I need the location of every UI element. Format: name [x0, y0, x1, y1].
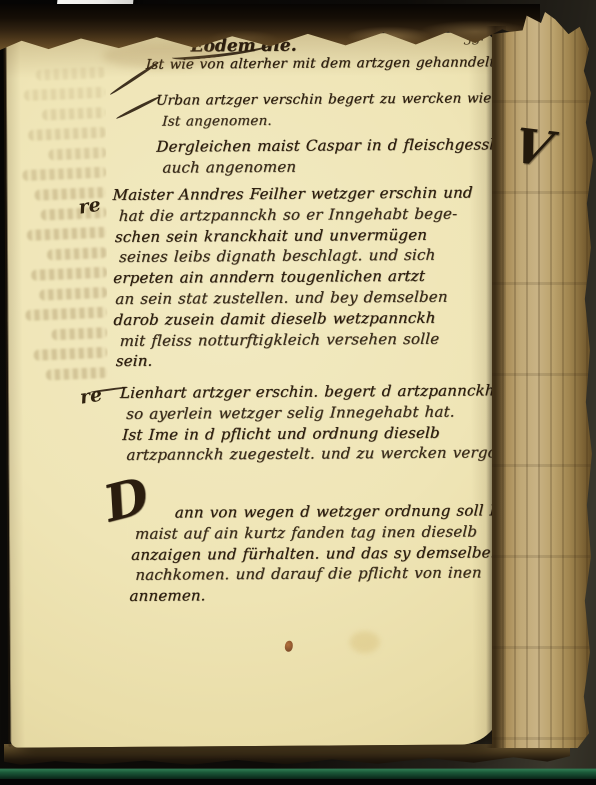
entry-3: Dergleichen maist Caspar in d fleischges… — [156, 134, 494, 178]
ink-flourish — [116, 96, 160, 120]
manuscript-line: Dergleichen maist Caspar in d fleischges… — [156, 134, 495, 157]
manuscript-line: ann von wegen d wetzger ordnung soll Bur… — [128, 500, 533, 524]
bleed-through-line — [42, 107, 106, 121]
bleed-through-line — [48, 147, 106, 160]
entry-4: Maister Anndres Feilher wetzger erschin … — [113, 182, 474, 372]
bleed-through-line — [34, 347, 108, 361]
book-fore-edge: V — [492, 12, 594, 748]
manuscript-line: sein. — [115, 349, 474, 372]
bleed-through-line — [22, 167, 106, 182]
bleed-through-line — [27, 227, 107, 241]
manuscript-line: so ayerlein wetzger selig Innegehabt hat… — [126, 401, 513, 425]
manuscript-line: annemen. — [129, 583, 534, 607]
manuscript-line: mit fleiss notturftigkleich versehen sol… — [119, 328, 474, 351]
bleed-through-line — [28, 127, 106, 141]
manuscript-line: artzpannckh zuegestelt. und zu wercken v… — [126, 443, 513, 467]
manuscript-line: auch angenomen — [162, 155, 495, 178]
manuscript-photo: 35· Eodem die. Ist wie von alterher mit … — [0, 0, 596, 785]
margin-mark: re — [77, 196, 102, 218]
bleed-through-line — [36, 67, 106, 81]
table-shadow — [0, 779, 596, 785]
manuscript-line: seines leibs dignath beschlagt. und sich — [119, 245, 474, 268]
bleed-through-line — [47, 247, 107, 261]
manuscript-line: Maister Anndres Feilher wetzger erschin … — [112, 182, 473, 205]
manuscript-line: erpeten ain anndern tougenlichen artzt — [113, 266, 474, 289]
manuscript-line: maist auf ain kurtz fanden tag inen dies… — [135, 521, 534, 545]
bleed-through-text — [12, 59, 110, 588]
paper-stain — [350, 631, 380, 653]
bleed-through-line — [51, 327, 107, 340]
entry-6: ann von wegen d wetzger ordnung soll Bur… — [129, 500, 534, 607]
entry-5: Lienhart artzger erschin. begert d artzp… — [120, 380, 513, 466]
bleed-through-line — [24, 87, 106, 101]
bleed-through-line — [25, 307, 107, 321]
green-table-strip — [0, 768, 596, 779]
manuscript-line: an sein stat zustellen. und bey demselbe… — [115, 286, 474, 309]
manuscript-line: darob zusein damit dieselb wetzpannckh — [113, 307, 474, 330]
ink-stain — [285, 641, 293, 652]
manuscript-page: 35· Eodem die. Ist wie von alterher mit … — [6, 32, 503, 747]
page-gutter-shadow — [486, 26, 506, 748]
bleed-through-line — [31, 267, 107, 281]
bleed-through-line — [46, 367, 108, 381]
manuscript-line: hat die artzpannckh so er Inngehabt bege… — [118, 203, 473, 226]
manuscript-line: Lienhart artzger erschin. begert d artzp… — [120, 380, 513, 404]
bleed-through-line — [39, 287, 107, 301]
